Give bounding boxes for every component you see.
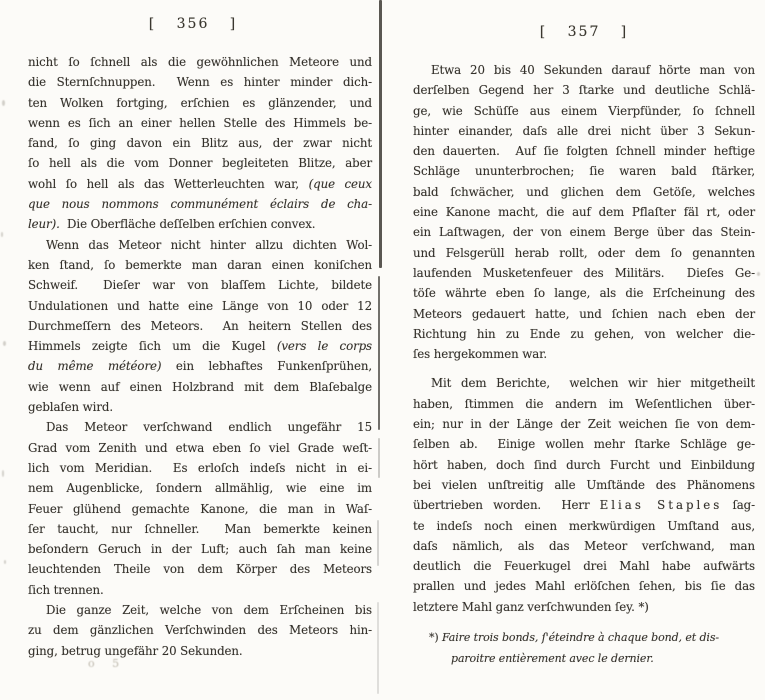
text-line: Undulationen und hatte eine Länge von 10… [28, 296, 372, 316]
text-line: geblaſen wird. [28, 397, 372, 417]
text-line: den dauerten. Auf ſie folgten ſchnell mi… [413, 141, 755, 161]
text-line: zu dem gänzlichen Verſchwinden des Meteo… [28, 620, 372, 640]
book-page-scan: [ 356 ] nicht ſo ſchnell als die gewöhnl… [0, 0, 765, 700]
text-line: paroitre entièrement avec le dernier. [429, 648, 753, 669]
text-line: deutlich die Feuerkugel drei Mahl habe a… [413, 556, 755, 576]
text-line: *) Faire trois bonds, ſ'éteindre à chaqu… [429, 627, 753, 648]
text-line: ein Laſtwagen, der von einem Berge über … [413, 222, 755, 242]
paper-speck [2, 100, 5, 106]
text-line: leuchtenden Theile von dem Körper des Me… [28, 559, 372, 579]
text-line: Feuer glühend gemachte Kanone, die man i… [28, 499, 372, 519]
text-line: Schläge ununterbrochen; ſie waren bald ſ… [413, 161, 755, 181]
text-line: fand, ſo ging davon ein Blitz aus, der z… [28, 133, 372, 153]
text-line: eine Kanone macht, die auf dem Pflaſter … [413, 202, 755, 222]
text-line: die Sternſchnuppen. Wenn es hinter minde… [28, 72, 372, 92]
text-line: Grad vom Zenith und etwa eben ſo viel Gr… [28, 438, 372, 458]
text-line: ſelben ab. Einige wollen mehr ſtarke Sch… [413, 434, 755, 454]
text-line: derſelben Gegend her 3 ſtarke und deutli… [413, 80, 755, 100]
text-line: ging, betrug ungefähr 20 Sekunden. [28, 641, 372, 661]
text-line: töſe währte eben ſo lange, als die Erſch… [413, 283, 755, 303]
text-line: leur). Die Oberfläche deſſelben erſchien… [28, 214, 372, 234]
text-line: wenn es ſich an einer hellen Stelle des … [28, 113, 372, 133]
page-number-right: [ 357 ] [413, 0, 755, 40]
text-line: ein; nur in der Länge der Zeit weichen ſ… [413, 414, 755, 434]
page-number-left: [ 356 ] [28, 0, 358, 32]
text-line: te indeſs noch einen merkwürdigen Umſtan… [413, 516, 755, 536]
text-line: hört haben, doch ſind durch Furcht und E… [413, 455, 755, 475]
text-line: letztere Mahl ganz verſchwunden ſey. *) [413, 597, 755, 617]
text-line: Himmels zeigte ſich um die Kugel (vers l… [28, 336, 372, 356]
text-line: Meteors gedauert hatte, und ſchien nach … [413, 304, 755, 324]
text-line: prallen und jedes Mahl erlöſchen ſehen, … [413, 576, 755, 596]
text-line: ſes hergekommen war. [413, 344, 755, 364]
text-line: bei vielen unſtreitig alle Umſtände des … [413, 475, 755, 495]
text-line: ge, wie Schüſſe aus einem Vierpfünder, ſ… [413, 101, 755, 121]
paper-speck [2, 470, 4, 477]
text-line: Mit dem Berichte, welchen wir hier mitge… [413, 373, 755, 393]
text-line: und Felsgerüll herab rollt, oder dem ſo … [413, 243, 755, 263]
text-line: bald ſchwächer, und glichen dem Getöſe, … [413, 182, 755, 202]
text-line: wie wenn auf einen Holzbrand mit dem Bla… [28, 377, 372, 397]
text-line: nem Augenblicke, ſondern allmählig, wie … [28, 478, 372, 498]
text-line: haben, ſtimmen die andern im Weſentliche… [413, 394, 755, 414]
paper-speck [757, 272, 760, 276]
text-line: übertrieben worden. Herr Elias Staples ſ… [413, 495, 755, 515]
text-line: beſondern Geruch in der Luft; auch ſah m… [28, 539, 372, 559]
page-gutter-line [377, 520, 379, 566]
text-line: Richtung hin zu Ende zu gehen, von welch… [413, 324, 755, 344]
page-gutter-line [379, 0, 382, 268]
text-line: Durchmeſſern des Meteors. An heitern Ste… [28, 316, 372, 336]
page-357-text-block: Etwa 20 bis 40 Sekunden darauf hörte man… [413, 60, 755, 617]
text-line: ſer taucht, nur ſchneller. Man bemerkte … [28, 519, 372, 539]
text-line: wohl ſo hell als das Wetterleuchten war,… [28, 174, 372, 194]
text-line: laufenden Musketenfeuer des Militärs. Di… [413, 263, 755, 283]
text-line: Etwa 20 bis 40 Sekunden darauf hörte man… [413, 60, 755, 80]
footnote-block: *) Faire trois bonds, ſ'éteindre à chaqu… [413, 627, 755, 669]
paper-speck [3, 341, 6, 346]
text-line: Wenn das Meteor nicht hinter allzu dicht… [28, 235, 372, 255]
signature-mark: o 5 [88, 657, 126, 670]
text-line: Die ganze Zeit, welche von dem Erſcheine… [28, 600, 372, 620]
page-356: [ 356 ] nicht ſo ſchnell als die gewöhnl… [28, 0, 372, 661]
text-line: nicht ſo ſchnell als die gewöhnlichen Me… [28, 52, 372, 72]
text-line: ten Wolken fortging, erſchien es glänzen… [28, 93, 372, 113]
text-line: Schweif. Dieſer war von blaſſem Lichte, … [28, 275, 372, 295]
page-gutter-line [377, 602, 379, 694]
text-line: du même météore) ein lebhaftes Funkenſpr… [28, 356, 372, 376]
page-gutter-line [378, 276, 380, 430]
page-356-text-block: nicht ſo ſchnell als die gewöhnlichen Me… [28, 52, 372, 661]
text-line: lich vom Meridian. Es erloſch indeſs nic… [28, 458, 372, 478]
page-357: [ 357 ] Etwa 20 bis 40 Sekunden darauf h… [413, 0, 755, 669]
text-line: que nous nommons communément éclairs de … [28, 194, 372, 214]
text-line: ken ſtand, ſo bemerkte man daran einen k… [28, 255, 372, 275]
page-gutter-line [378, 438, 380, 478]
text-line: hinter einander, daſs alle drei nicht üb… [413, 121, 755, 141]
text-line: ſich trennen. [28, 580, 372, 600]
text-line: ſo hell als die vom Donner begleiteten B… [28, 153, 372, 173]
paper-speck [1, 232, 3, 237]
text-line: daſs nämlich, als das Meteor verſchwand,… [413, 536, 755, 556]
text-line: Das Meteor verſchwand endlich ungefähr 1… [28, 417, 372, 437]
paper-speck [4, 560, 6, 564]
